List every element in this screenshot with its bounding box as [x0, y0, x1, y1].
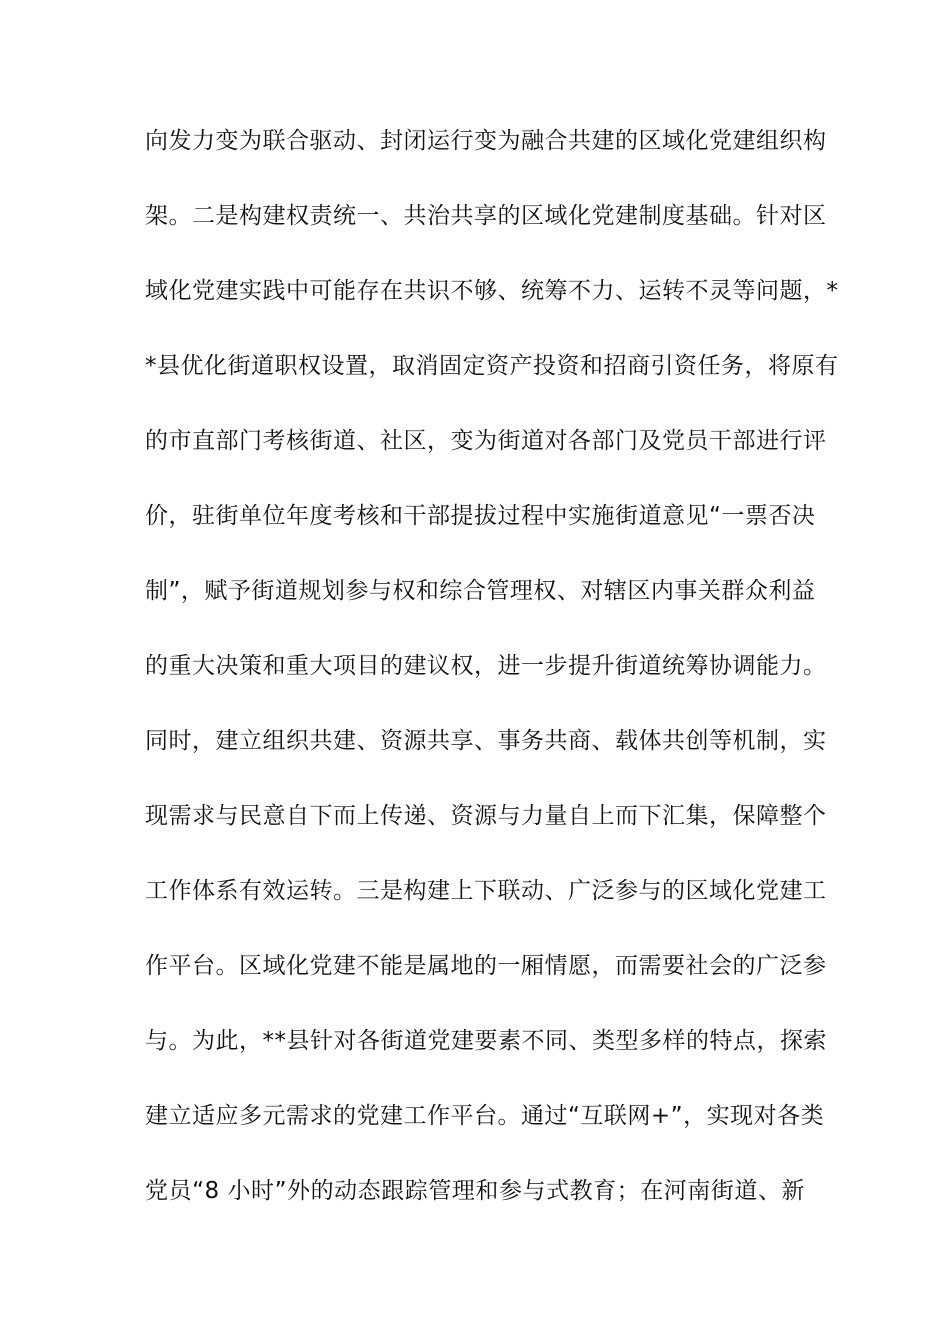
text-line: 价，驻街单位年度考核和干部提拔过程中实施街道意见“一票否决 [145, 499, 805, 574]
text-line: 的市直部门考核街道、社区，变为街道对各部门及党员干部进行评 [145, 424, 805, 499]
text-line: 域化党建实践中可能存在共识不够、统筹不力、运转不灵等问题，* [145, 274, 805, 349]
text-line: 向发力变为联合驱动、封闭运行变为融合共建的区域化党建组织构 [145, 124, 805, 199]
text-line: 工作体系有效运转。三是构建上下联动、广泛参与的区域化党建工 [145, 874, 805, 949]
text-line: 现需求与民意自下而上传递、资源与力量自上而下汇集，保障整个 [145, 799, 805, 874]
text-line: 架。二是构建权责统一、共治共享的区域化党建制度基础。针对区 [145, 199, 805, 274]
text-line: 同时，建立组织共建、资源共享、事务共商、载体共创等机制，实 [145, 724, 805, 799]
text-line: 建立适应多元需求的党建工作平台。通过“互联网+”，实现对各类 [145, 1099, 805, 1174]
text-line: *县优化街道职权设置，取消固定资产投资和招商引资任务，将原有 [145, 349, 805, 424]
text-line: 的重大决策和重大项目的建议权，进一步提升街道统筹协调能力。 [145, 649, 805, 724]
text-line: 作平台。区域化党建不能是属地的一厢情愿，而需要社会的广泛参 [145, 949, 805, 1024]
text-line: 党员“8 小时”外的动态跟踪管理和参与式教育；在河南街道、新 [145, 1174, 805, 1249]
text-line: 与。为此，**县针对各街道党建要素不同、类型多样的特点，探索 [145, 1024, 805, 1099]
text-line: 制”，赋予街道规划参与权和综合管理权、对辖区内事关群众利益 [145, 574, 805, 649]
body-paragraph: 向发力变为联合驱动、封闭运行变为融合共建的区域化党建组织构 架。二是构建权责统一… [145, 124, 805, 1249]
document-page: 向发力变为联合驱动、封闭运行变为融合共建的区域化党建组织构 架。二是构建权责统一… [0, 0, 950, 1344]
